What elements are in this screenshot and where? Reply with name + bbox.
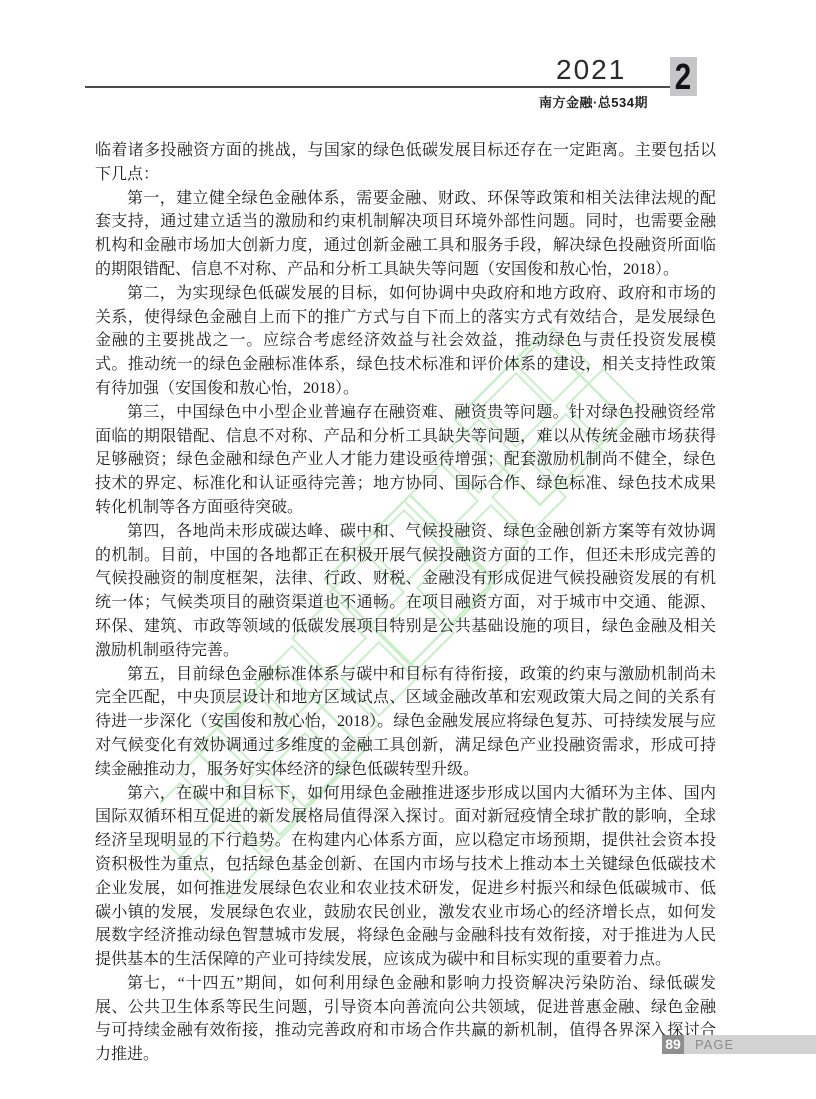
header-rule xyxy=(85,86,670,88)
intro-paragraph: 临着诸多投融资方面的挑战，与国家的绿色低碳发展目标还存在一定距离。主要包括以下几… xyxy=(95,139,716,187)
article-body: 临着诸多投融资方面的挑战，与国家的绿色低碳发展目标还存在一定距离。主要包括以下几… xyxy=(95,139,716,1067)
year-label: 2021 xyxy=(556,54,626,86)
journal-title: 南方金融·总534期 xyxy=(480,92,648,111)
page-label: PAGE xyxy=(695,1035,734,1054)
page-number-badge: 89 xyxy=(662,1035,684,1054)
page-footer: 89 PAGE xyxy=(662,1035,816,1054)
paragraph-7: 第七，“十四五”期间，如何利用绿色金融和影响力投资解决污染防治、绿低碳发展、公共… xyxy=(95,972,716,1067)
paragraph-4: 第四，各地尚未形成碳达峰、碳中和、气候投融资、绿色金融创新方案等有效协调的机制。… xyxy=(95,520,716,663)
paragraph-2: 第二，为实现绿色低碳发展的目标，如何协调中央政府和地方政府、政府和市场的关系，使… xyxy=(95,282,716,401)
paragraph-5: 第五，目前绿色金融标准体系与碳中和目标有待衔接，政策的约束与激励机制尚未完全匹配… xyxy=(95,663,716,782)
paragraph-3: 第三，中国绿色中小型企业普遍存在融资难、融资贵等问题。针对绿色投融资经常面临的期… xyxy=(95,401,716,520)
journal-page: 2021 南方金融·总534期 2 临着诸多投融资方面的挑战，与国家的绿色低碳发… xyxy=(0,0,816,1099)
paragraph-6: 第六，在碳中和目标下，如何用绿色金融推进逐步形成以国内大循环为主体、国内国际双循… xyxy=(95,782,716,972)
paragraph-1: 第一，建立健全绿色金融体系，需要金融、财政、环保等政策和相关法律法规的配套支持，… xyxy=(95,187,716,282)
issue-number: 2 xyxy=(675,57,691,96)
issue-number-badge: 2 xyxy=(670,57,697,96)
